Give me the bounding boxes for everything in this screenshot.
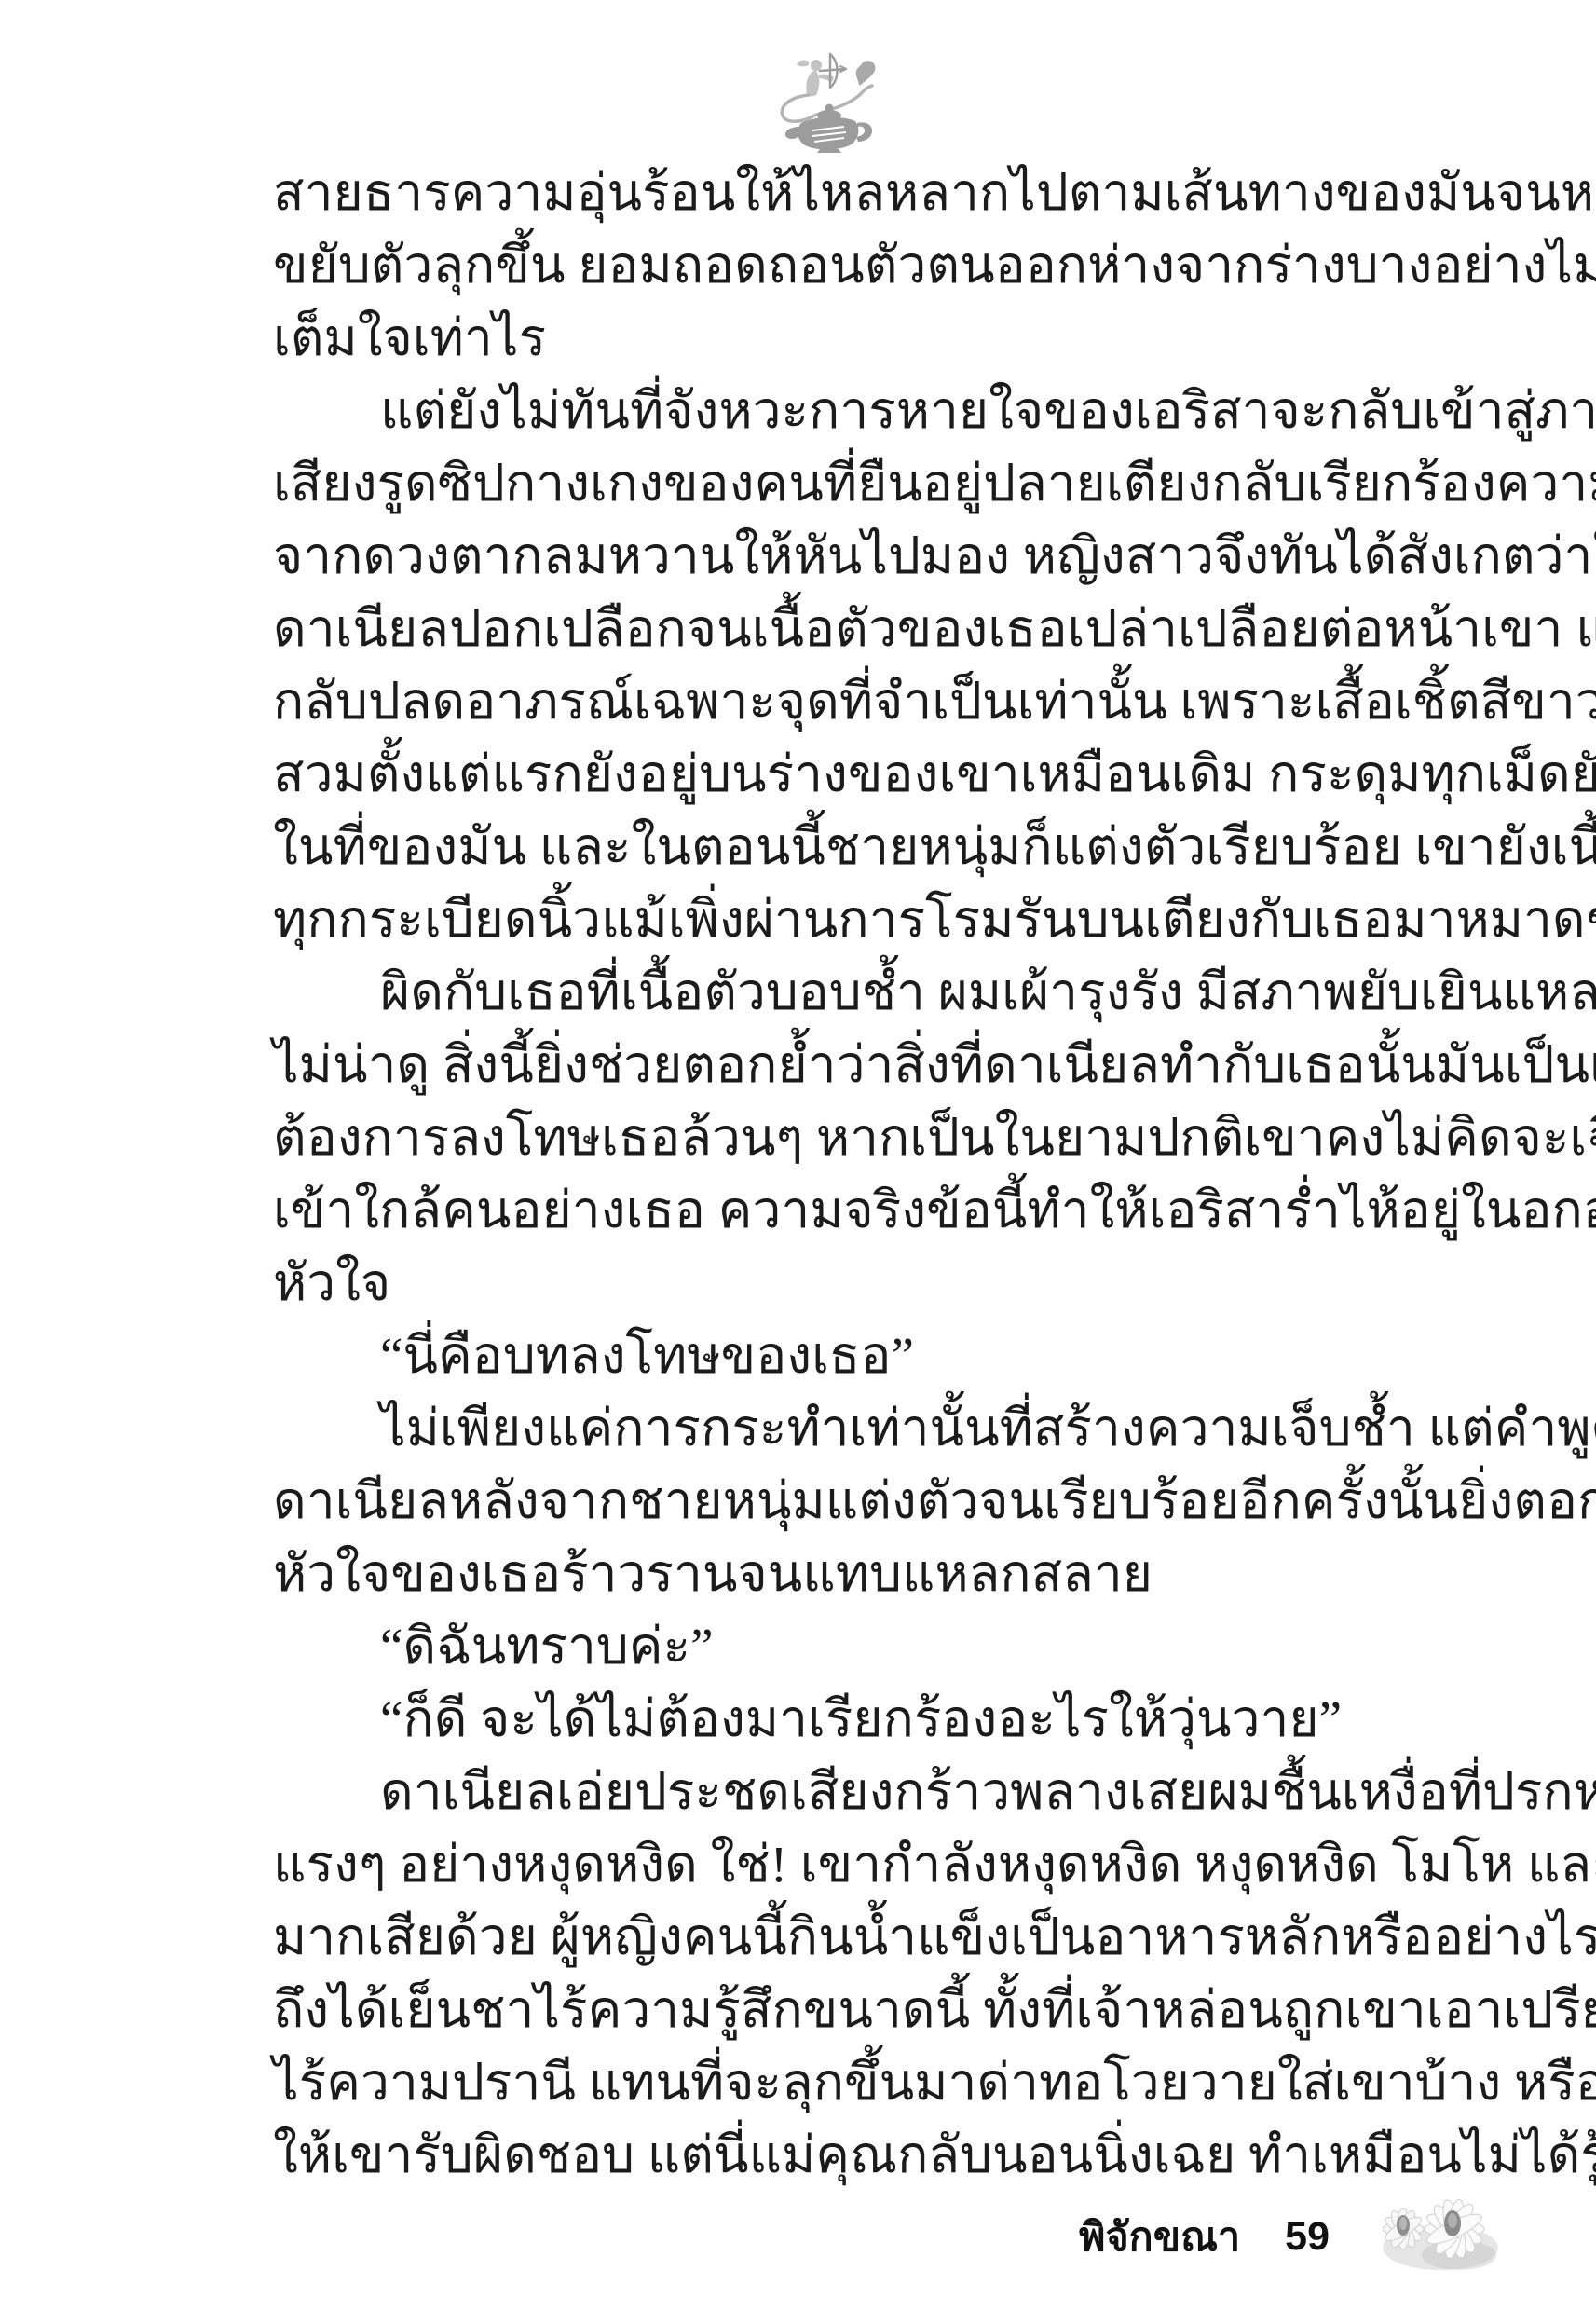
text-line: หัวใจ [273,1247,1424,1320]
teapot-cupid-ornament-icon [771,48,883,153]
body-text: สายธารความอุ่นร้อนให้ไหลหลากไปตามเส้นทาง… [273,157,1424,2192]
book-page: สายธารความอุ่นร้อนให้ไหลหลากไปตามเส้นทาง… [0,0,1596,2311]
text-line: เสียงรูดซิปกางเกงของคนที่ยืนอยู่ปลายเตีย… [273,447,1424,520]
text-line: ให้เขารับผิดชอบ แต่นี่แม่คุณกลับนอนนิ่งเ… [273,2119,1424,2192]
text-line: ไม่เพียงแค่การกระทำเท่านั้นที่สร้างความเ… [273,1392,1424,1465]
text-line: ดาเนียลปอกเปลือกจนเนื้อตัวของเธอเปล่าเปล… [273,593,1424,665]
text-line: สายธารความอุ่นร้อนให้ไหลหลากไปตามเส้นทาง… [273,157,1424,229]
page-footer: พิจักขณา 59 [1079,2190,1510,2283]
text-line: “ก็ดี จะได้ไม่ต้องมาเรียกร้องอะไรให้วุ่น… [273,1683,1424,1756]
book-title: พิจักขณา [1079,2205,1240,2268]
text-line: ในที่ของมัน และในตอนนี้ชายหนุ่มก็แต่งตัว… [273,811,1424,883]
text-line: สวมตั้งแต่แรกยังอยู่บนร่างของเขาเหมือนเด… [273,738,1424,811]
text-line: “นี่คือบทลงโทษของเธอ” [273,1320,1424,1392]
text-line: ดาเนียลเอ่ยประชดเสียงกร้าวพลางเสยผมชื้นเ… [273,1756,1424,1828]
text-line: ขยับตัวลุกขึ้น ยอมถอดถอนตัวตนออกห่างจากร… [273,229,1424,302]
text-line: ต้องการลงโทษเธอล้วนๆ หากเป็นในยามปกติเขา… [273,1101,1424,1174]
text-line: กลับปลดอาภรณ์เฉพาะจุดที่จำเป็นเท่านั้น เ… [273,665,1424,738]
text-line: “ดิฉันทราบค่ะ” [273,1610,1424,1683]
text-line: ผิดกับเธอที่เนื้อตัวบอบช้ำ ผมเผ้ารุงรัง … [273,956,1424,1029]
text-line: ไม่น่าดู สิ่งนี้ยิ่งช่วยตอกย้ำว่าสิ่งที่… [273,1029,1424,1101]
text-line: ถึงได้เย็นชาไร้ความรู้สึกขนาดนี้ ทั้งที่… [273,1974,1424,2046]
text-line: จากดวงตากลมหวานให้หันไปมอง หญิงสาวจึงทัน… [273,520,1424,593]
page-number: 59 [1285,2214,1330,2260]
text-line: ดาเนียลหลังจากชายหนุ่มแต่งตัวจนเรียบร้อย… [273,1465,1424,1538]
text-line: ทุกกระเบียดนิ้วแม้เพิ่งผ่านการโรมรันบนเต… [273,883,1424,956]
text-line: ไร้ความปรานี แทนที่จะลุกขึ้นมาด่าทอโวยวา… [273,2046,1424,2119]
text-line: มากเสียด้วย ผู้หญิงคนนี้กินน้ำแข็งเป็นอา… [273,1901,1424,1974]
text-line: เข้าใกล้คนอย่างเธอ ความจริงข้อนี้ทำให้เอ… [273,1174,1424,1247]
text-line: แรงๆ อย่างหงุดหงิด ใช่! เขากำลังหงุดหงิด… [273,1828,1424,1901]
text-line: แต่ยังไม่ทันที่จังหวะการหายใจของเอริสาจะ… [273,375,1424,447]
text-line: เต็มใจเท่าไร [273,302,1424,375]
text-line: หัวใจของเธอร้าวรานจนแทบแหลกสลาย [273,1538,1424,1610]
daisy-flowers-icon [1361,2190,1510,2283]
